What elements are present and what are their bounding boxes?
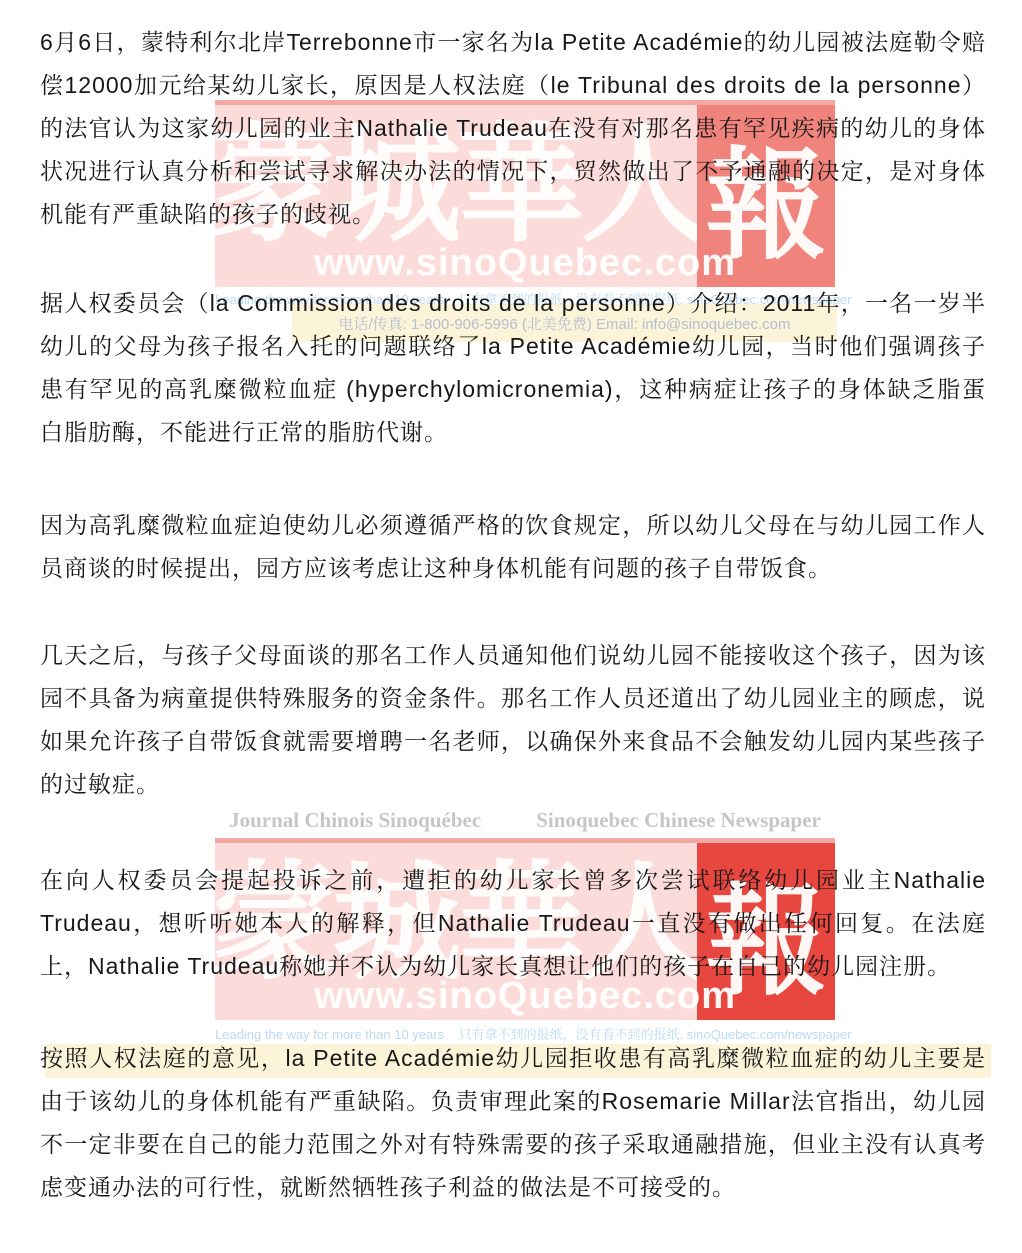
journal-name-french: Journal Chinois Sinoquébec	[229, 808, 481, 833]
journal-name-english: Sinoquebec Chinese Newspaper	[536, 808, 821, 833]
paragraph-6: 按照人权法庭的意见，la Petite Académie幼儿园拒收患有高乳糜微粒…	[40, 1037, 986, 1209]
paragraph-2: 据人权委员会（la Commission des droits de la pe…	[40, 282, 986, 454]
watermark-journal-line: Journal Chinois Sinoquébec Sinoquebec Ch…	[180, 808, 870, 833]
article-page: 蒙城華人 報 www.sinoQuebec.com Leading the wa…	[0, 0, 1022, 1253]
paragraph-4: 几天之后，与孩子父母面谈的那名工作人员通知他们说幼儿园不能接收这个孩子，因为该园…	[40, 634, 986, 806]
paragraph-3: 因为高乳糜微粒血症迫使幼儿必须遵循严格的饮食规定，所以幼儿父母在与幼儿园工作人员…	[40, 504, 986, 590]
watermark-url-text: www.sinoQuebec.com	[215, 242, 835, 285]
paragraph-5: 在向人权委员会提起投诉之前，遭拒的幼儿家长曾多次尝试联络幼儿园业主Nathali…	[40, 859, 986, 988]
paragraph-1: 6月6日，蒙特利尔北岸Terrebonne市一家名为la Petite Acad…	[40, 21, 986, 236]
